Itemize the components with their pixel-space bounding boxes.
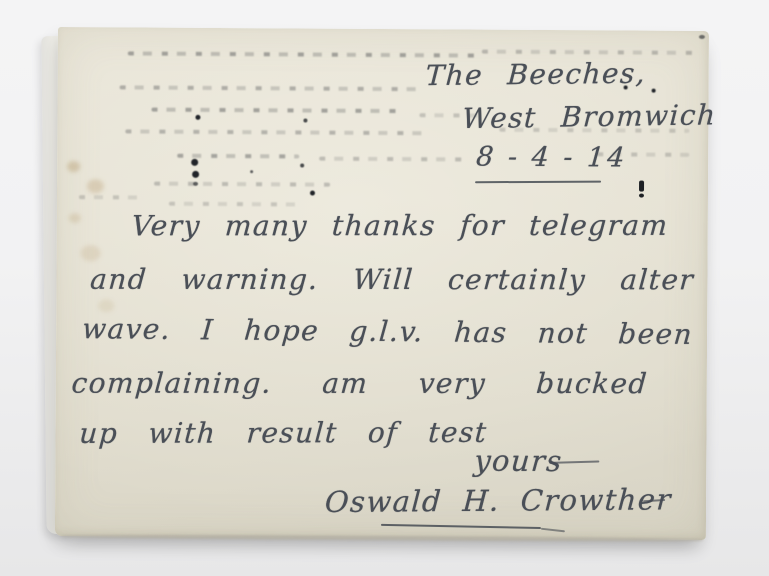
ink-dot xyxy=(195,115,200,120)
corner-nick xyxy=(699,35,705,39)
ink-transfer-smudge xyxy=(120,85,420,91)
signature-line: Oswald H. Crowther xyxy=(324,482,673,519)
body-line-3: wave. I hope g.l.v. has not been xyxy=(81,312,694,351)
ink-transfer-smudge xyxy=(125,129,425,135)
signature-flourish-tail xyxy=(541,528,565,533)
card-bottom-edge xyxy=(61,534,703,542)
ink-transfer-smudge xyxy=(128,51,480,57)
foxing-stain xyxy=(67,161,80,172)
closing-line: yours xyxy=(473,444,564,479)
photo-background: The Beeches, West Bromwich 8 - 4 - 14 Ve… xyxy=(0,0,769,576)
foxing-stain xyxy=(69,213,81,223)
date-underline xyxy=(475,181,601,184)
body-line-1: Very many thanks for telegram xyxy=(131,209,670,242)
ink-dot xyxy=(300,163,304,167)
address-line-2: West Bromwich xyxy=(461,98,717,135)
ink-dot xyxy=(652,89,656,93)
foxing-stain xyxy=(98,299,114,312)
ink-transfer-smudge xyxy=(177,154,299,159)
note-card: The Beeches, West Bromwich 8 - 4 - 14 Ve… xyxy=(55,27,709,540)
ink-transfer-smudge xyxy=(319,157,469,162)
address-line-1: The Beeches, xyxy=(425,57,647,92)
foxing-stain xyxy=(87,179,104,193)
ink-transfer-smudge xyxy=(169,202,301,207)
ink-transfer-smudge xyxy=(79,195,141,199)
ink-transfer-smudge xyxy=(151,108,397,114)
ink-dot xyxy=(303,119,307,123)
date-line: 8 - 4 - 14 xyxy=(475,142,629,174)
closing-flourish-dash xyxy=(549,460,599,463)
body-line-5: up with result of test xyxy=(78,416,488,450)
ink-transfer-smudge xyxy=(482,50,694,55)
ink-transfer-smudge xyxy=(154,182,330,187)
signature-flourish-underline xyxy=(381,524,541,529)
ink-dot xyxy=(193,182,198,186)
ink-dot xyxy=(310,191,315,196)
foxing-stain xyxy=(81,245,101,261)
body-line-4: complaining. am very bucked xyxy=(71,367,649,400)
ink-dot xyxy=(191,159,198,166)
ink-dot xyxy=(192,171,199,178)
ink-mark-exclamation xyxy=(639,181,644,192)
body-line-2: and warning. Will certainly alter xyxy=(89,263,695,297)
ink-dot xyxy=(250,170,253,173)
